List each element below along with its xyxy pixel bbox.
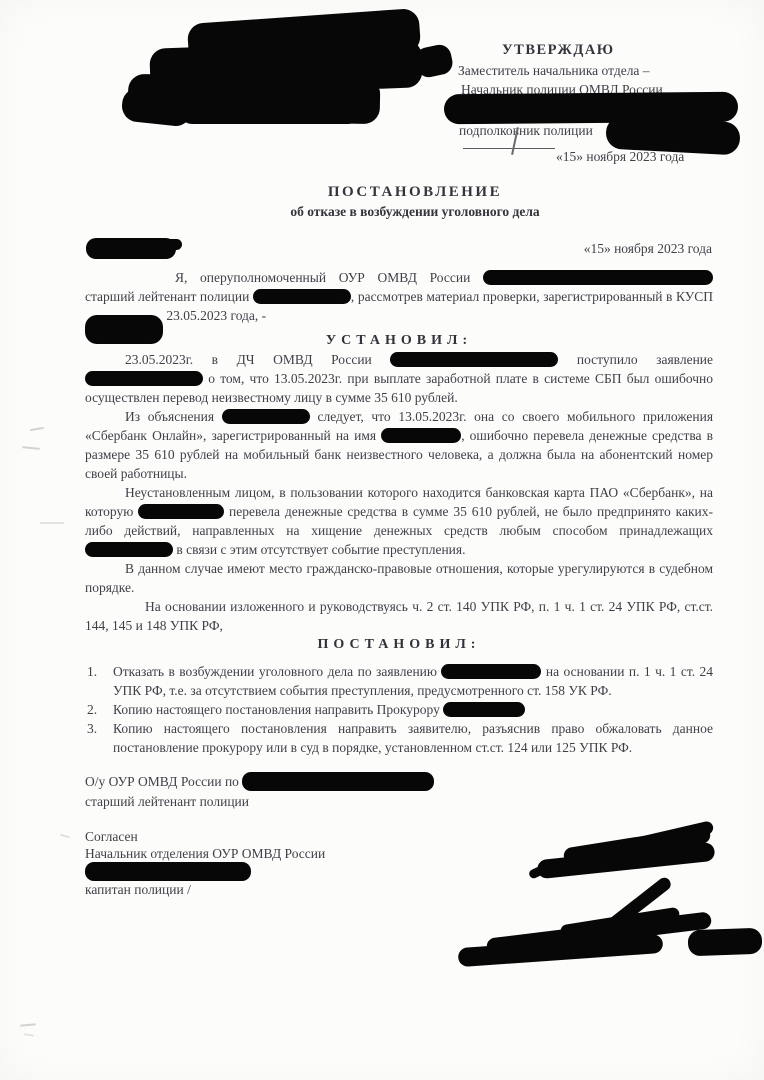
scan-artifact: [30, 427, 44, 431]
redaction-mark: [688, 928, 763, 957]
paragraph-text: в связи с этим отсутствует событие прест…: [176, 542, 465, 557]
officer-title: О/у ОУР ОМВД России по: [85, 774, 239, 789]
list-number: 1.: [87, 662, 97, 681]
redaction-mark: [85, 315, 163, 344]
document-body: Я, оперуполномоченный ОУР ОМВД России ст…: [85, 268, 713, 898]
document-subtitle: об отказе в возбуждении уголовного дела: [100, 204, 730, 220]
paragraph-text: поступило заявление: [577, 352, 713, 367]
redaction-mark: [85, 371, 203, 386]
intro-text: , рассмотрев материал проверки, зарегист…: [351, 289, 713, 304]
redaction-mark: [138, 504, 224, 519]
paragraph-text: Из объяснения: [125, 409, 214, 424]
list-item-text: Отказать в возбуждении уголовного дела п…: [113, 664, 437, 679]
redaction-mark: [443, 702, 525, 717]
approval-title: УТВЕРЖДАЮ: [502, 42, 615, 58]
list-item-text: Копию настоящего постановления направить…: [113, 702, 440, 717]
pencil-mark: [20, 1023, 36, 1026]
signature-line: [463, 134, 555, 149]
document-title-block: ПОСТАНОВЛЕНИЕ об отказе в возбуждении уг…: [100, 184, 730, 220]
redacted-place: [160, 239, 182, 250]
body-paragraph: 23.05.2023г. в ДЧ ОМВД России поступило …: [85, 350, 713, 407]
intro-paragraph: Я, оперуполномоченный ОУР ОМВД России ст…: [85, 268, 713, 331]
list-number: 2.: [87, 700, 97, 719]
document-date: «15» ноября 2023 года: [584, 241, 712, 257]
scan-artifact: [60, 834, 70, 839]
body-paragraph: Неустановленным лицом, в пользовании кот…: [85, 483, 713, 559]
document-title: ПОСТАНОВЛЕНИЕ: [100, 184, 730, 201]
list-number: 3.: [87, 719, 97, 738]
approval-line1: Заместитель начальника отдела –: [458, 63, 650, 79]
chief-rank: капитан полиции /: [85, 881, 713, 898]
redaction-mark: [253, 289, 351, 304]
redaction-mark: [222, 409, 310, 424]
redaction-mark: [180, 100, 360, 124]
resolution-list: 1. Отказать в возбуждении уголовного дел…: [85, 662, 713, 757]
resolution-item: 1. Отказать в возбуждении уголовного дел…: [113, 662, 713, 700]
officer-rank: старший лейтенант полиции: [85, 792, 713, 812]
section-heading-resolved: ПОСТАНОВИЛ:: [85, 635, 713, 654]
list-item-text: Копию настоящего постановления направить…: [113, 721, 713, 755]
intro-text: Я, оперуполномоченный ОУР ОМВД России: [175, 270, 470, 285]
scan-artifact: [22, 446, 40, 450]
scanned-document-page: УТВЕРЖДАЮ Заместитель начальника отдела …: [0, 0, 764, 1080]
redaction-mark: [441, 664, 541, 679]
pencil-mark: [24, 1033, 34, 1036]
redaction-mark: [390, 352, 558, 367]
scan-artifact: [40, 522, 64, 524]
resolution-item: 3. Копию настоящего постановления направ…: [113, 719, 713, 757]
redaction-mark: [85, 542, 173, 557]
resolution-item: 2. Копию настоящего постановления направ…: [113, 700, 713, 719]
intro-text: 23.05.2023 года, -: [166, 308, 266, 323]
redaction-mark: [85, 862, 251, 881]
section-heading-established: УСТАНОВИЛ:: [85, 331, 713, 350]
redaction-mark: [242, 772, 434, 791]
body-paragraph: На основании изложенного и руководствуяс…: [85, 597, 713, 635]
officer-signature-block: О/у ОУР ОМВД России по старший лейтенант…: [85, 772, 713, 812]
approval-date: «15» ноября 2023 года: [556, 149, 684, 165]
paragraph-text: 23.05.2023г. в ДЧ ОМВД России: [125, 352, 372, 367]
body-paragraph: В данном случае имеют место гражданско-п…: [85, 559, 713, 597]
intro-text: старший лейтенант полиции: [85, 289, 249, 304]
redaction-mark: [381, 428, 461, 443]
redaction-mark: [483, 270, 713, 285]
body-paragraph: Из объяснения следует, что 13.05.2023г. …: [85, 407, 713, 483]
